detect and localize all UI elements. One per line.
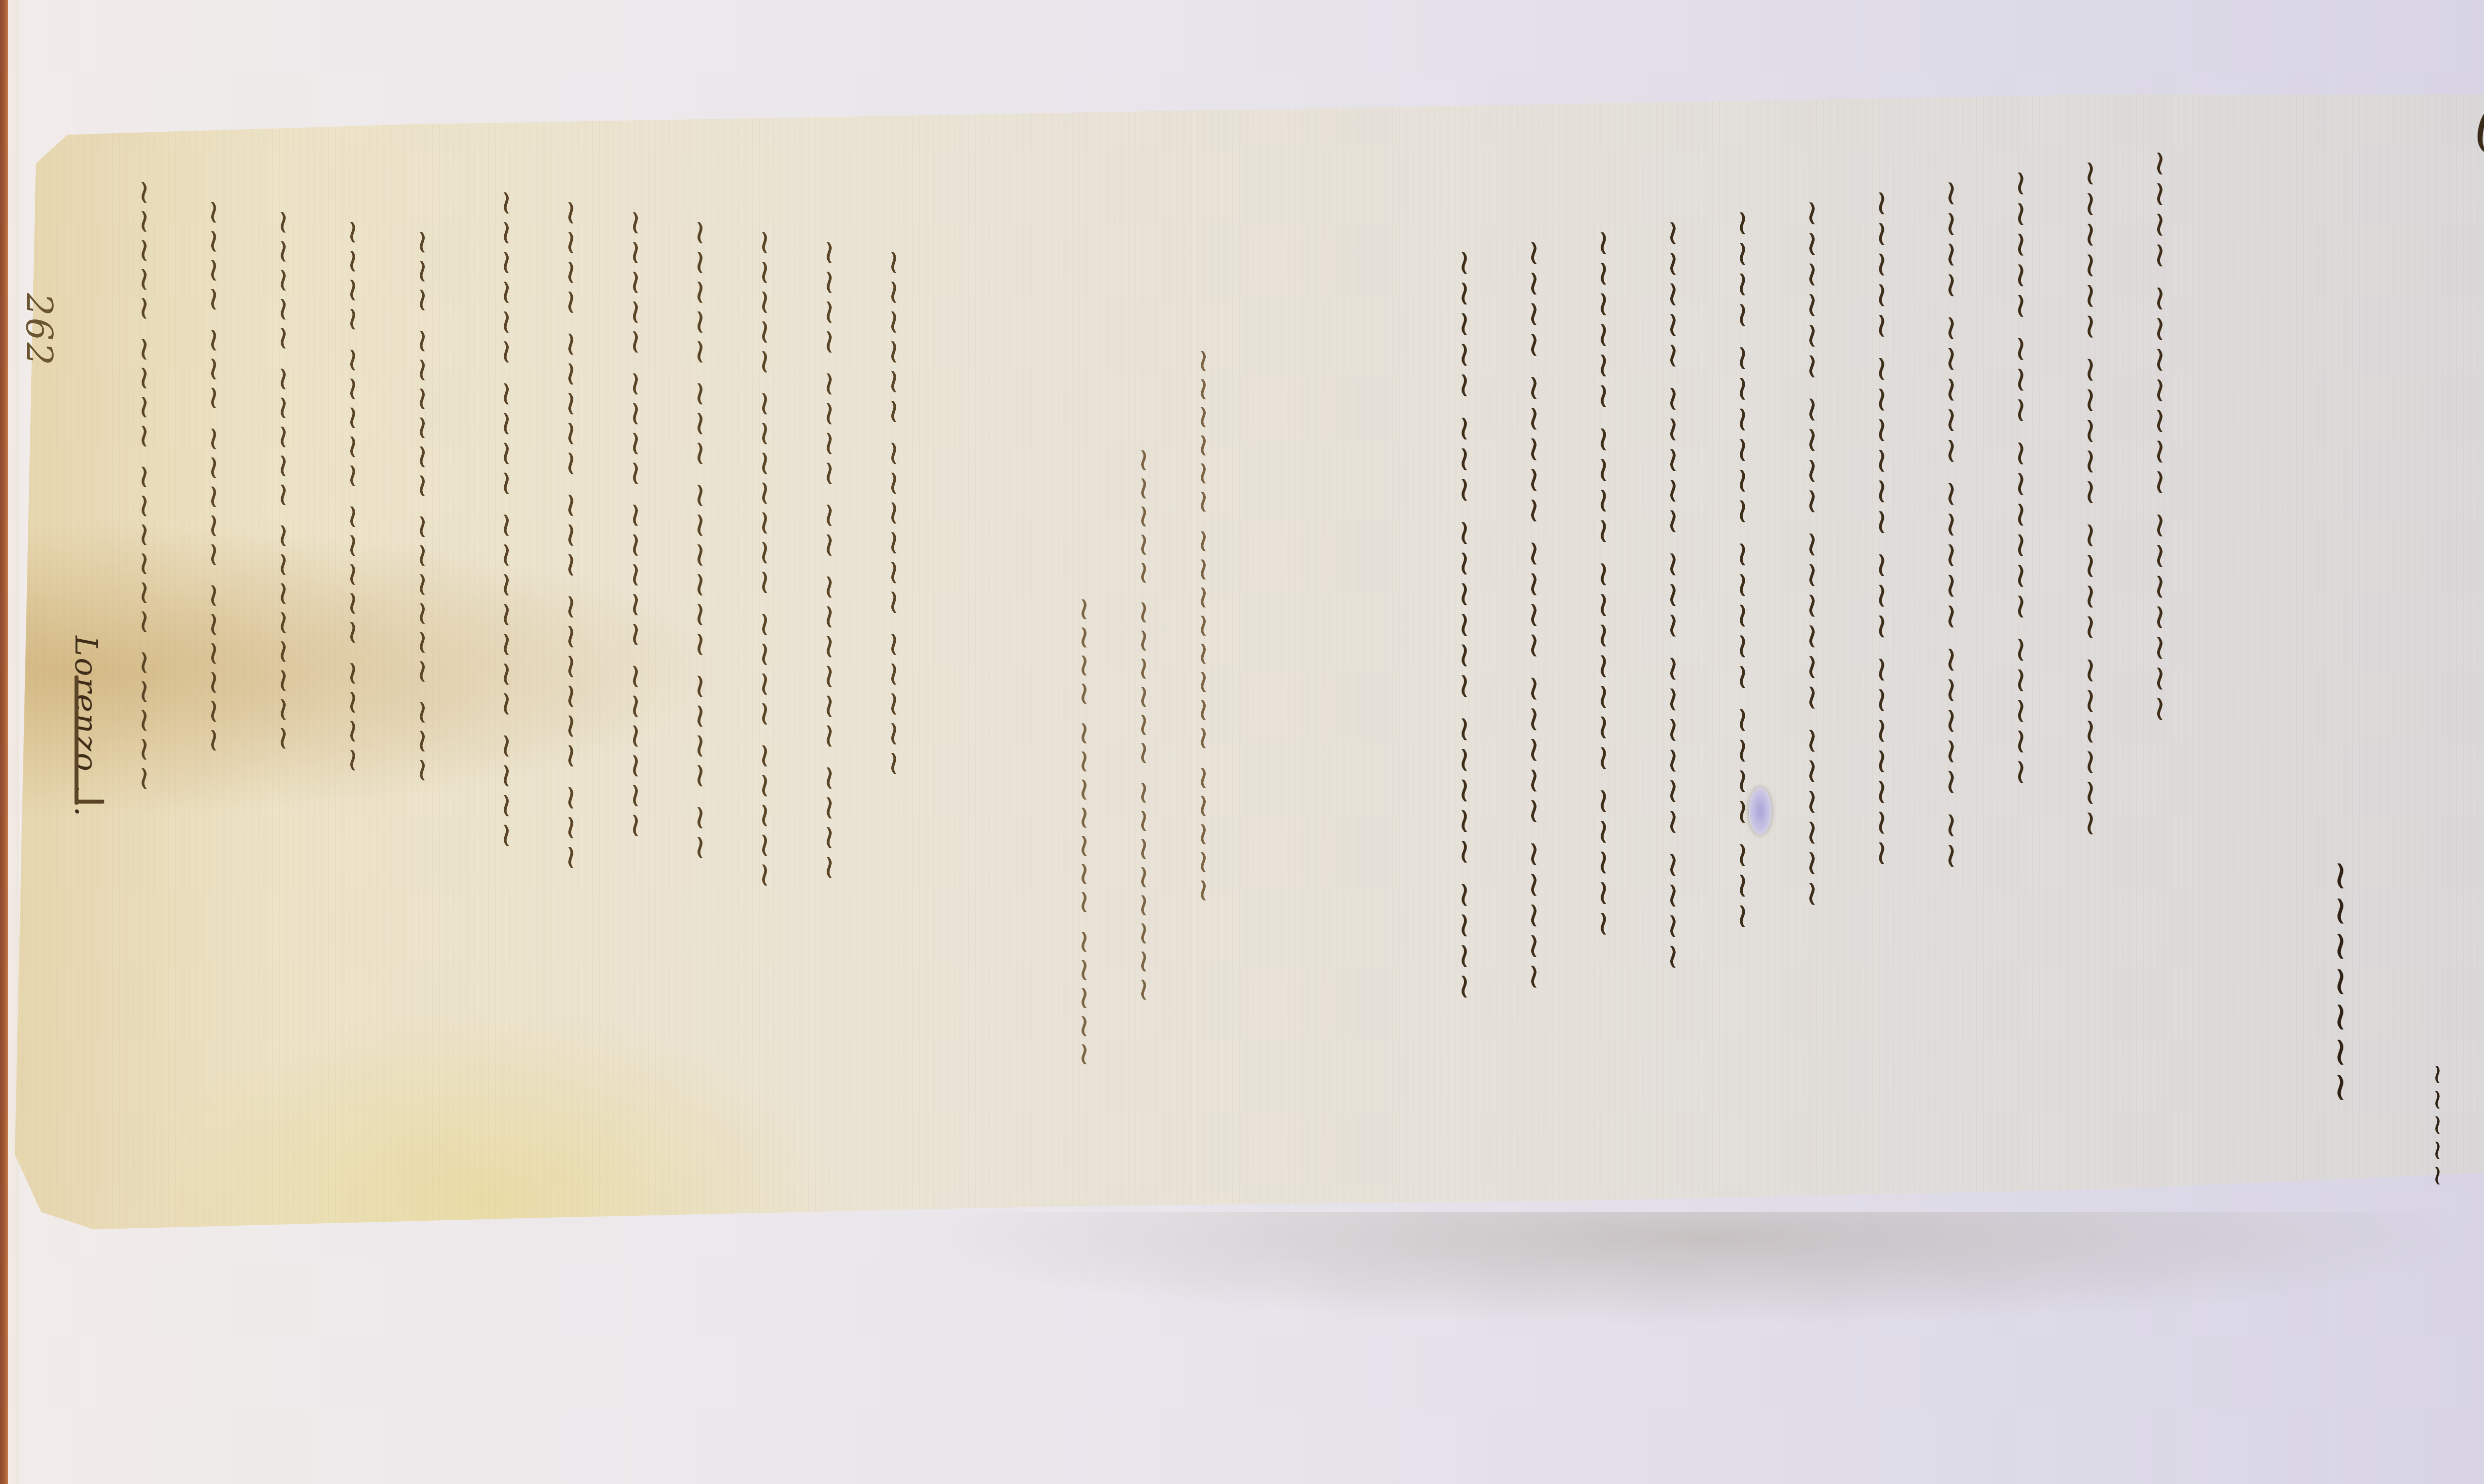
script-line: ~~~~ ~~~~~ ~~~~ ~~~~~ ~~~~~ xyxy=(1514,238,1555,993)
script-line: ~~~~~~ ~~~~~ ~~~~ ~~~~~~ xyxy=(2071,159,2111,839)
script-line: ~~~~~~ ~~~~ ~~~~~~~ ~~~~~ xyxy=(1584,228,1625,940)
script-line: ~~~~~ ~~~ ~~~~~~ ~~~~~ xyxy=(2001,169,2042,788)
script-line: ~~~~ ~~~~~~~ ~~~~~~~ xyxy=(2140,149,2181,725)
script-line: ~~~~ ~~~~ ~~ ~~~~~~ ~~~~ xyxy=(810,238,850,883)
script-line: ~~~~ ~~~~~ ~~~~~ ~~~~~ ~~ xyxy=(1932,179,1972,872)
script-line: ~~~~~~ ~~~~~~~~ ~~~~~ xyxy=(1185,348,1222,905)
top-right-mark: ( xyxy=(2474,94,2484,158)
script-line: ~~~~~ ~~~~~ ~~~~~~~~ xyxy=(265,209,303,753)
paper-shadow xyxy=(944,1212,2484,1341)
script-line: ~~~~~~ ~~~~ ~~~~~~~ ~~~~ xyxy=(487,189,527,851)
folio-number: 262 xyxy=(18,293,60,367)
script-line: ~~~~~ ~~~~ ~~~~~~ ~~~~~ xyxy=(126,179,164,794)
script-line: ~~~~ ~~~~~ ~~~ ~~~~~~ ~~~ xyxy=(552,199,591,873)
script-line: ~~~~~ ~~~~~~~ ~~~~ ~~~~~ xyxy=(746,228,785,890)
script-line: ~~~~~ ~~~~~~ ~~~~~~~~ xyxy=(1126,447,1163,1005)
script-line: ~~~~ ~~~~~~~ ~~~~~ xyxy=(1066,596,1103,1069)
script-line: ~~~~ ~~~~~ ~~~~~ ~~~~ xyxy=(334,219,373,775)
paper-hole xyxy=(1749,787,1772,835)
background-sheet-edge xyxy=(8,0,19,1484)
script-line: ~~~~~ ~~~ ~~~~~~ ~~~~ ~~ xyxy=(681,219,720,863)
endorsement-signature: ~~~~~~~ xyxy=(2319,859,2365,1106)
script-line: ~~~~~~ ~~~~ ~~~~~~ ~~~~~~ xyxy=(1792,199,1833,910)
heading-bracket xyxy=(75,675,78,805)
margin-heading: Lorenzo ... xyxy=(68,636,104,818)
endorsement-subscript: ~~~~~ xyxy=(2422,1063,2454,1189)
wooden-surface-edge xyxy=(0,0,8,1484)
script-line: ~~~~~ ~~~~ ~~~~~ ~~~~~~ xyxy=(617,209,656,841)
script-line: ~~~~~ ~~~ ~~~~~~ ~~~~~ ~~~~ xyxy=(1445,248,1485,1003)
script-line: ~~~~~ ~~~~~ ~~~ ~~~~~~ ~~~~ xyxy=(1653,219,1694,973)
heading-bracket-foot xyxy=(75,800,104,804)
manuscript-folio xyxy=(15,94,2484,1247)
script-line: ~~~~ ~~~ ~~~~~ ~~~~~~ xyxy=(195,199,233,755)
script-line: ~~~~~ ~~~~~~ ~~~ ~~~~~~~ xyxy=(1862,189,1903,869)
script-line: ~~~ ~~~~~~ ~~~~~~ ~~~ xyxy=(404,228,442,785)
script-line: ~~~~~~ ~~~~~~ ~~~~~ xyxy=(875,248,914,779)
